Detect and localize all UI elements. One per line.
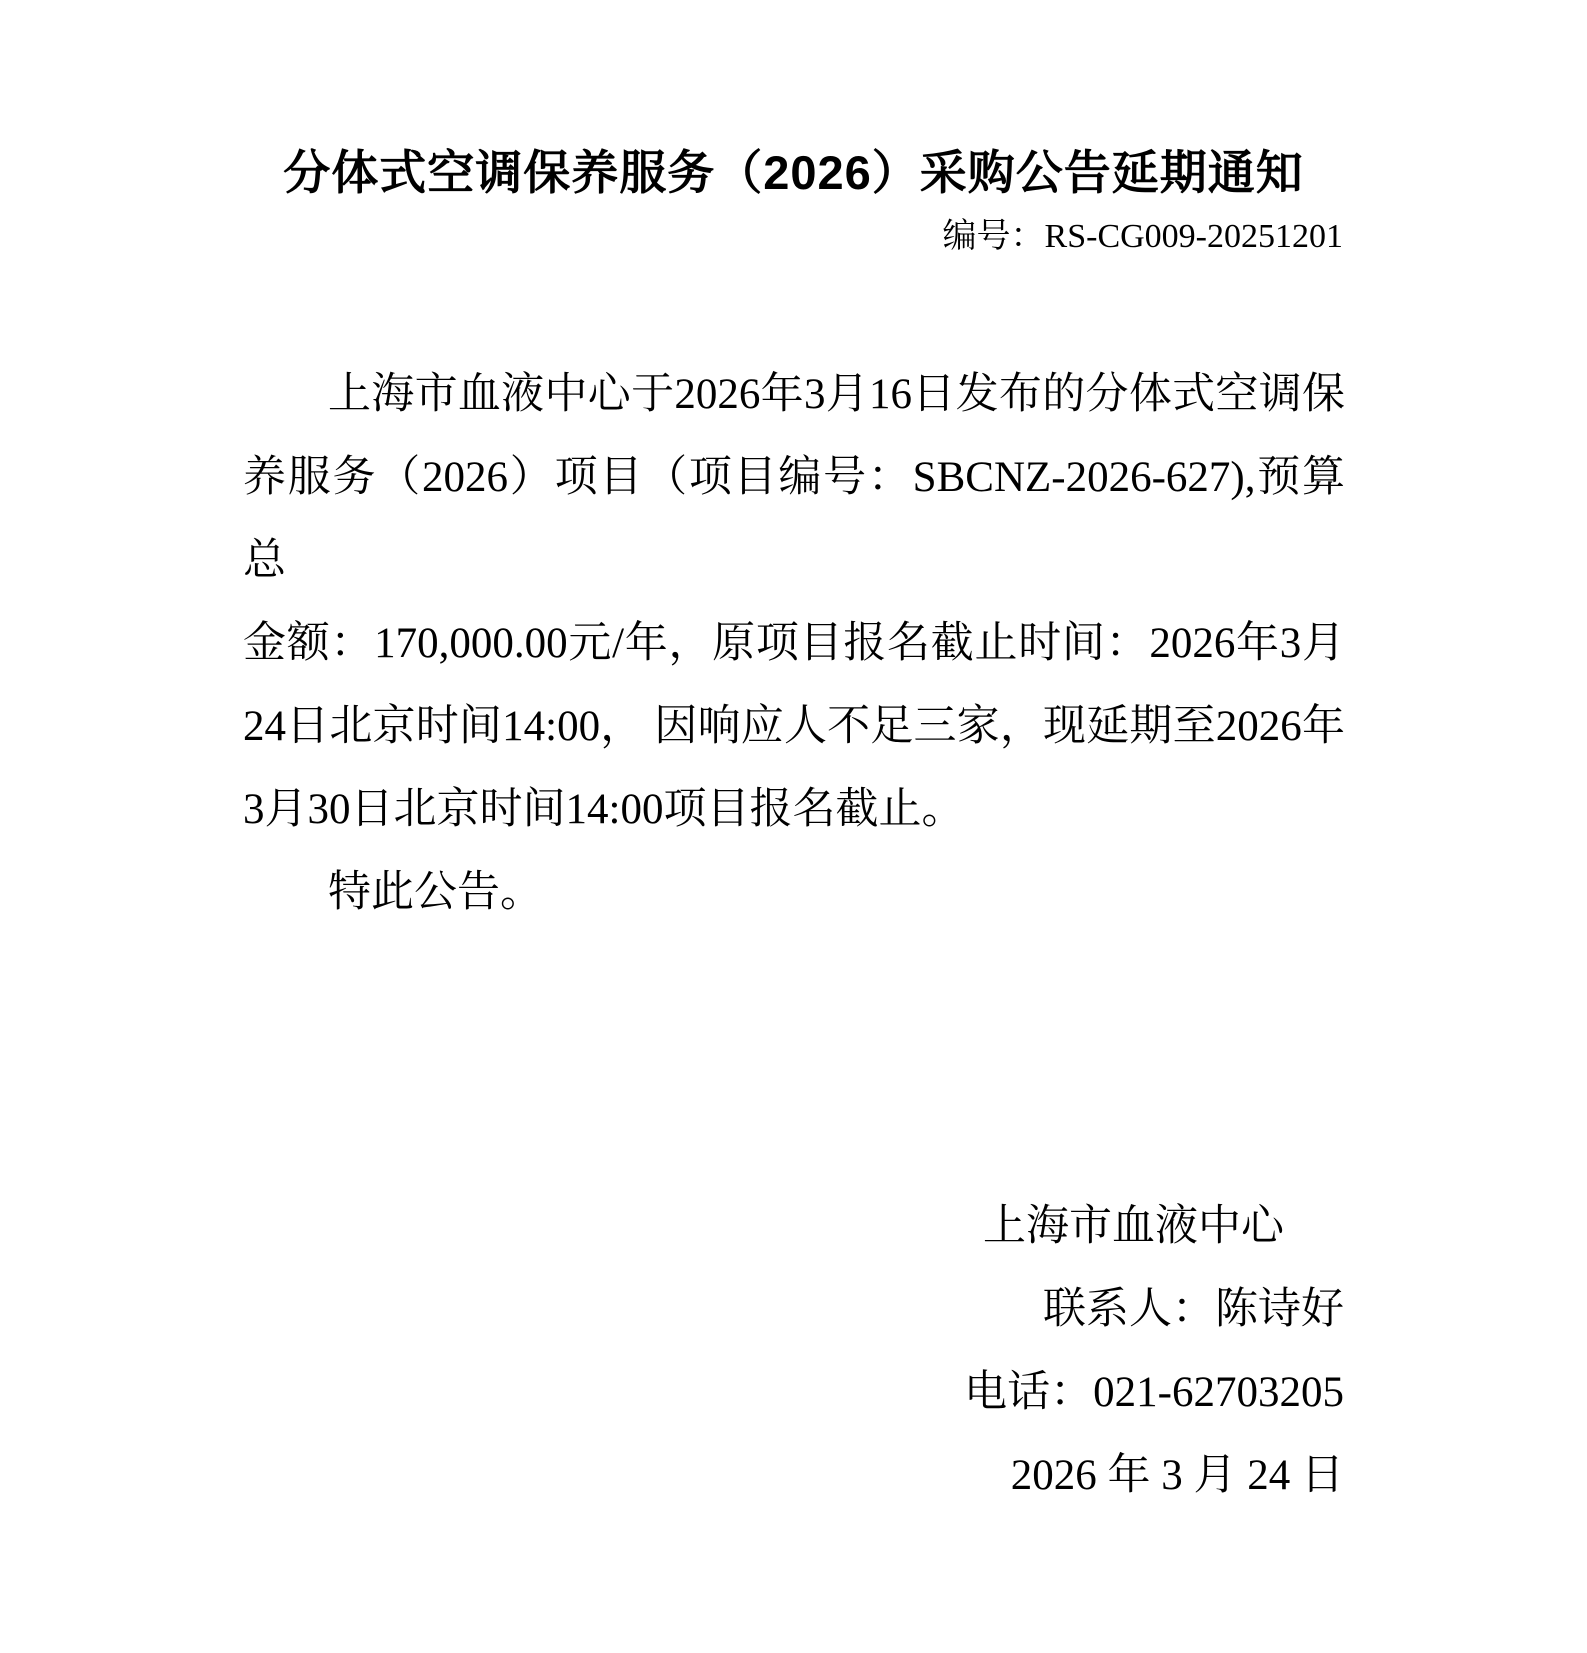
document-title: 分体式空调保养服务（2026）采购公告延期通知 bbox=[0, 143, 1587, 203]
body-line-4: 24日北京时间14:00， 因响应人不足三家，现延期至2026年 bbox=[243, 685, 1345, 768]
signature-organization: 上海市血液中心 bbox=[0, 1185, 1284, 1268]
body-line-3: 金额：170,000.00元/年，原项目报名截止时间：2026年3月 bbox=[243, 602, 1345, 685]
signature-phone: 电话：021-62703205 bbox=[0, 1351, 1344, 1434]
body-line-1: 上海市血液中心于2026年3月16日发布的分体式空调保 bbox=[243, 353, 1345, 436]
document-body: 上海市血液中心于2026年3月16日发布的分体式空调保 养服务（2026）项目（… bbox=[0, 353, 1587, 934]
document-number: 编号：RS-CG009-20251201 bbox=[0, 215, 1587, 259]
body-line-5: 3月30日北京时间14:00项目报名截止。 bbox=[243, 768, 1345, 851]
signature-contact-person: 联系人：陈诗好 bbox=[0, 1268, 1344, 1351]
closing-statement: 特此公告。 bbox=[243, 851, 1345, 934]
signature-date: 2026 年 3 月 24 日 bbox=[0, 1434, 1344, 1517]
signature-block: 上海市血液中心 联系人：陈诗好 电话：021-62703205 2026 年 3… bbox=[0, 1185, 1587, 1517]
document-page: 分体式空调保养服务（2026）采购公告延期通知 编号：RS-CG009-2025… bbox=[0, 0, 1587, 1653]
body-line-2: 养服务（2026）项目（项目编号：SBCNZ-2026-627),预算总 bbox=[243, 436, 1345, 602]
